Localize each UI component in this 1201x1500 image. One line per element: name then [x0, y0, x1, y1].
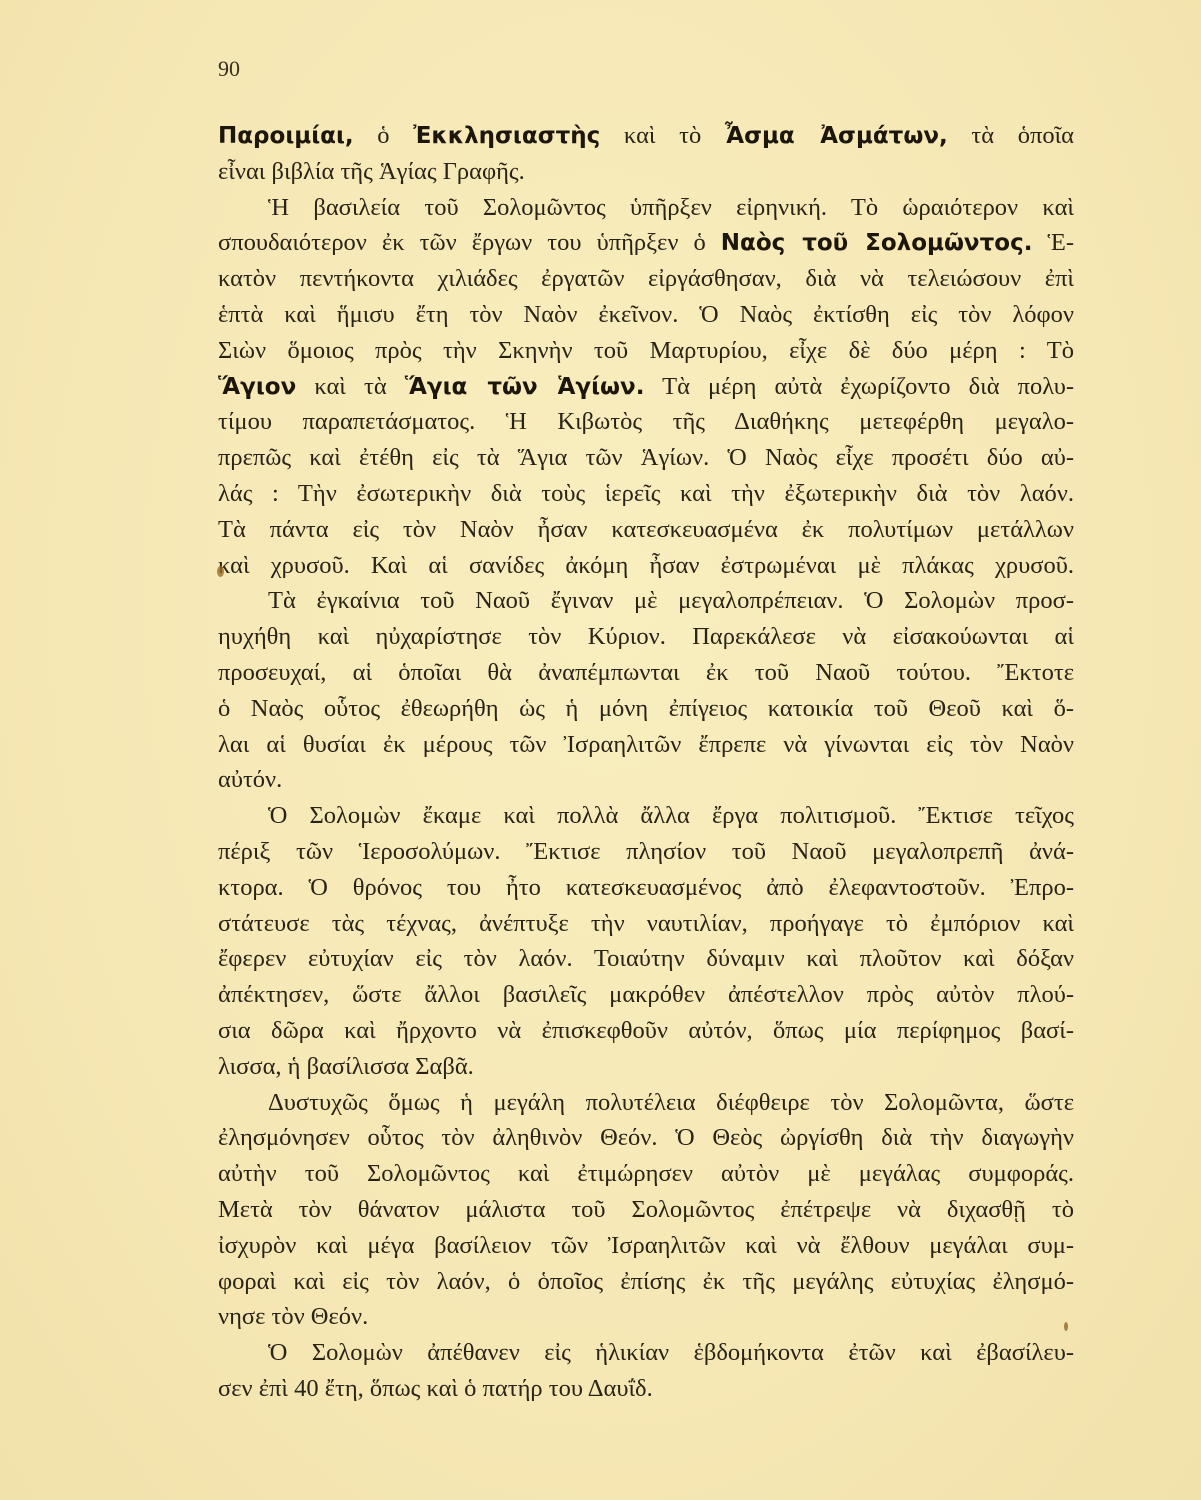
text-line: κτορα. Ὁ θρόνος του ἦτο κατεσκευασμένος …: [218, 870, 1074, 906]
text-line: ἑπτὰ καὶ ἥμισυ ἔτη τὸν Ναὸν ἐκεῖνον. Ὁ Ν…: [218, 297, 1074, 333]
text-segment: Τὰ πάντα εἰς τὸν Ναὸν ἦσαν κατεσκευασμέν…: [218, 516, 1074, 543]
text-segment: ἀπέκτησεν, ὥστε ἄλλοι βασιλεῖς μακρόθεν …: [218, 981, 1074, 1008]
text-line: ἀπέκτησεν, ὥστε ἄλλοι βασιλεῖς μακρόθεν …: [218, 977, 1074, 1013]
text-segment: ἑπτὰ καὶ ἥμισυ ἔτη τὸν Ναὸν ἐκεῖνον. Ὁ Ν…: [218, 301, 1074, 328]
text-line: πρεπῶς καὶ ἐτέθη εἰς τὰ Ἅγια τῶν Ἁγίων. …: [218, 440, 1074, 476]
paper-stain: [217, 566, 224, 577]
text-segment: καὶ χρυσοῦ. Καὶ αἱ σανίδες ἀκόμη ἦσαν ἐσ…: [218, 552, 1074, 579]
text-line: φοραὶ καὶ εἰς τὸν λαόν, ὁ ὁποῖος ἐπίσης …: [218, 1264, 1074, 1300]
text-segment: εἶναι βιβλία τῆς Ἁγίας Γραφῆς.: [218, 158, 525, 185]
text-segment: σπουδαιότερον ἐκ τῶν ἔργων του ὑπῆρξεν ὁ: [218, 229, 721, 256]
text-segment: ηυχήθη καὶ ηὐχαρίστησε τὸν Κύριον. Παρεκ…: [218, 623, 1074, 650]
text-segment: Μετὰ τὸν θάνατον μάλιστα τοῦ Σολομῶντος …: [218, 1196, 1074, 1223]
text-line: σεν ἐπὶ 40 ἔτη, ὅπως καὶ ὁ πατήρ του Δαυ…: [218, 1371, 1074, 1407]
bold-term: Ἅγια τῶν Ἁγίων.: [405, 374, 645, 400]
text-segment: σια δῶρα καὶ ἤρχοντο νὰ ἐπισκεφθοῦν αὐτό…: [218, 1017, 1074, 1044]
text-segment: αὐτὴν τοῦ Σολομῶντος καὶ ἐτιμώρησεν αὐτὸ…: [218, 1160, 1074, 1187]
text-line: ηυχήθη καὶ ηὐχαρίστησε τὸν Κύριον. Παρεκ…: [218, 619, 1074, 655]
text-line: λισσα, ἡ βασίλισσα Σαβᾶ.: [218, 1049, 1074, 1085]
text-segment: νησε τὸν Θεόν.: [218, 1303, 368, 1330]
text-line: Ὁ Σολομὼν ἔκαμε καὶ πολλὰ ἄλλα ἔργα πολι…: [218, 798, 1074, 834]
text-line: Δυστυχῶς ὅμως ἡ μεγάλη πολυτέλεια διέφθε…: [218, 1085, 1074, 1121]
text-segment: Τὰ μέρη αὐτὰ ἐχωρίζοντο διὰ πολυ-: [644, 373, 1074, 400]
text-segment: ἰσχυρὸν καὶ μέγα βασίλειον τῶν Ἰσραηλιτῶ…: [218, 1232, 1074, 1259]
text-segment: σεν ἐπὶ 40 ἔτη, ὅπως καὶ ὁ πατήρ του Δαυ…: [218, 1375, 653, 1402]
text-line: αὐτόν.: [218, 762, 1074, 798]
text-segment: λισσα, ἡ βασίλισσα Σαβᾶ.: [218, 1053, 474, 1080]
text-line: ἔφερεν εὐτυχίαν εἰς τὸν λαόν. Τοιαύτην δ…: [218, 941, 1074, 977]
text-line: ἐλησμόνησεν οὗτος τὸν ἀληθινὸν Θεόν. Ὁ Θ…: [218, 1120, 1074, 1156]
text-segment: κτορα. Ὁ θρόνος του ἦτο κατεσκευασμένος …: [218, 874, 1074, 901]
text-line: προσευχαί, αἱ ὁποῖαι θὰ ἀναπέμπωνται ἐκ …: [218, 655, 1074, 691]
bold-term: Ἆσμα Ἀσμάτων,: [725, 123, 948, 149]
bold-term: Ναὸς τοῦ Σολομῶντος.: [721, 230, 1033, 256]
text-segment: προσευχαί, αἱ ὁποῖαι θὰ ἀναπέμπωνται ἐκ …: [218, 659, 1074, 686]
text-segment: λάς : Τὴν ἐσωτερικὴν διὰ τοὺς ἱερεῖς καὶ…: [218, 480, 1074, 507]
text-line: Μετὰ τὸν θάνατον μάλιστα τοῦ Σολομῶντος …: [218, 1192, 1074, 1228]
text-segment: Τὰ ἐγκαίνια τοῦ Ναοῦ ἔγιναν μὲ μεγαλοπρέ…: [268, 587, 1074, 614]
text-segment: Ὁ Σολομὼν ἔκαμε καὶ πολλὰ ἄλλα ἔργα πολι…: [268, 802, 1074, 829]
bold-term: Ἐκκλησιαστὴς: [413, 123, 600, 149]
text-segment: αὐτόν.: [218, 766, 282, 793]
text-segment: Ἡ βασιλεία τοῦ Σολομῶντος ὑπῆρξεν εἰρηνι…: [268, 194, 1074, 221]
text-line: στάτευσε τὰς τέχνας, ἀνέπτυξε τὴν ναυτιλ…: [218, 906, 1074, 942]
text-segment: Σιὼν ὅμοιος πρὸς τὴν Σκηνὴν τοῦ Μαρτυρίο…: [218, 337, 1074, 364]
text-line: Σιὼν ὅμοιος πρὸς τὴν Σκηνὴν τοῦ Μαρτυρίο…: [218, 333, 1074, 369]
text-segment: ἔφερεν εὐτυχίαν εἰς τὸν λαόν. Τοιαύτην δ…: [218, 945, 1074, 972]
text-segment: πρεπῶς καὶ ἐτέθη εἰς τὰ Ἅγια τῶν Ἁγίων. …: [218, 444, 1074, 471]
text-segment: στάτευσε τὰς τέχνας, ἀνέπτυξε τὴν ναυτιλ…: [218, 910, 1074, 937]
text-segment: καὶ τὸ: [600, 122, 725, 149]
text-line: σια δῶρα καὶ ἤρχοντο νὰ ἐπισκεφθοῦν αὐτό…: [218, 1013, 1074, 1049]
text-line: Ἅγιον καὶ τὰ Ἅγια τῶν Ἁγίων. Τὰ μέρη αὐτ…: [218, 369, 1074, 405]
text-line: λαι αἱ θυσίαι ἐκ μέρους τῶν Ἰσραηλιτῶν ἔ…: [218, 727, 1074, 763]
paper-stain: [1064, 1322, 1068, 1331]
bold-term: Παροιμίαι,: [218, 123, 354, 149]
text-segment: κατὸν πεντήκοντα χιλιάδες ἐργατῶν εἰργάσ…: [218, 265, 1074, 292]
text-segment: πέριξ τῶν Ἱεροσολύμων. Ἔκτισε πλησίον το…: [218, 838, 1074, 865]
text-segment: Ὁ Σολομὼν ἀπέθανεν εἰς ἡλικίαν ἑβδομήκον…: [268, 1339, 1074, 1366]
text-line: Τὰ ἐγκαίνια τοῦ Ναοῦ ἔγιναν μὲ μεγαλοπρέ…: [218, 583, 1074, 619]
text-segment: φοραὶ καὶ εἰς τὸν λαόν, ὁ ὁποῖος ἐπίσης …: [218, 1268, 1074, 1295]
text-line: νησε τὸν Θεόν.: [218, 1299, 1074, 1335]
text-line: τίμου παραπετάσματος. Ἡ Κιβωτὸς τῆς Διαθ…: [218, 404, 1074, 440]
text-line: Τὰ πάντα εἰς τὸν Ναὸν ἦσαν κατεσκευασμέν…: [218, 512, 1074, 548]
text-segment: λαι αἱ θυσίαι ἐκ μέρους τῶν Ἰσραηλιτῶν ἔ…: [218, 731, 1074, 758]
text-line: ἰσχυρὸν καὶ μέγα βασίλειον τῶν Ἰσραηλιτῶ…: [218, 1228, 1074, 1264]
text-segment: τίμου παραπετάσματος. Ἡ Κιβωτὸς τῆς Διαθ…: [218, 408, 1074, 435]
text-segment: καὶ τὰ: [296, 373, 405, 400]
text-line: Παροιμίαι, ὁ Ἐκκλησιαστὴς καὶ τὸ Ἆσμα Ἀσ…: [218, 118, 1074, 154]
text-line: εἶναι βιβλία τῆς Ἁγίας Γραφῆς.: [218, 154, 1074, 190]
text-segment: ὁ Ναὸς οὗτος ἐθεωρήθη ὡς ἡ μόνη ἐπίγειος…: [218, 695, 1074, 722]
text-segment: Δυστυχῶς ὅμως ἡ μεγάλη πολυτέλεια διέφθε…: [268, 1089, 1074, 1116]
text-segment: Ἑ-: [1032, 229, 1074, 256]
text-line: αὐτὴν τοῦ Σολομῶντος καὶ ἐτιμώρησεν αὐτὸ…: [218, 1156, 1074, 1192]
text-segment: τὰ ὁποῖα: [948, 122, 1074, 149]
text-line: καὶ χρυσοῦ. Καὶ αἱ σανίδες ἀκόμη ἦσαν ἐσ…: [218, 548, 1074, 584]
text-line: Ὁ Σολομὼν ἀπέθανεν εἰς ἡλικίαν ἑβδομήκον…: [218, 1335, 1074, 1371]
text-line: λάς : Τὴν ἐσωτερικὴν διὰ τοὺς ἱερεῖς καὶ…: [218, 476, 1074, 512]
text-line: ὁ Ναὸς οὗτος ἐθεωρήθη ὡς ἡ μόνη ἐπίγειος…: [218, 691, 1074, 727]
text-segment: ἐλησμόνησεν οὗτος τὸν ἀληθινὸν Θεόν. Ὁ Θ…: [218, 1124, 1074, 1151]
text-line: πέριξ τῶν Ἱεροσολύμων. Ἔκτισε πλησίον το…: [218, 834, 1074, 870]
page-number: 90: [218, 56, 240, 82]
text-line: κατὸν πεντήκοντα χιλιάδες ἐργατῶν εἰργάσ…: [218, 261, 1074, 297]
text-segment: ὁ: [354, 122, 414, 149]
bold-term: Ἅγιον: [218, 374, 296, 400]
body-text: Παροιμίαι, ὁ Ἐκκλησιαστὴς καὶ τὸ Ἆσμα Ἀσ…: [218, 118, 1074, 1407]
text-line: σπουδαιότερον ἐκ τῶν ἔργων του ὑπῆρξεν ὁ…: [218, 225, 1074, 261]
text-line: Ἡ βασιλεία τοῦ Σολομῶντος ὑπῆρξεν εἰρηνι…: [218, 190, 1074, 226]
book-page: 90 Παροιμίαι, ὁ Ἐκκλησιαστὴς καὶ τὸ Ἆσμα…: [0, 0, 1201, 1500]
